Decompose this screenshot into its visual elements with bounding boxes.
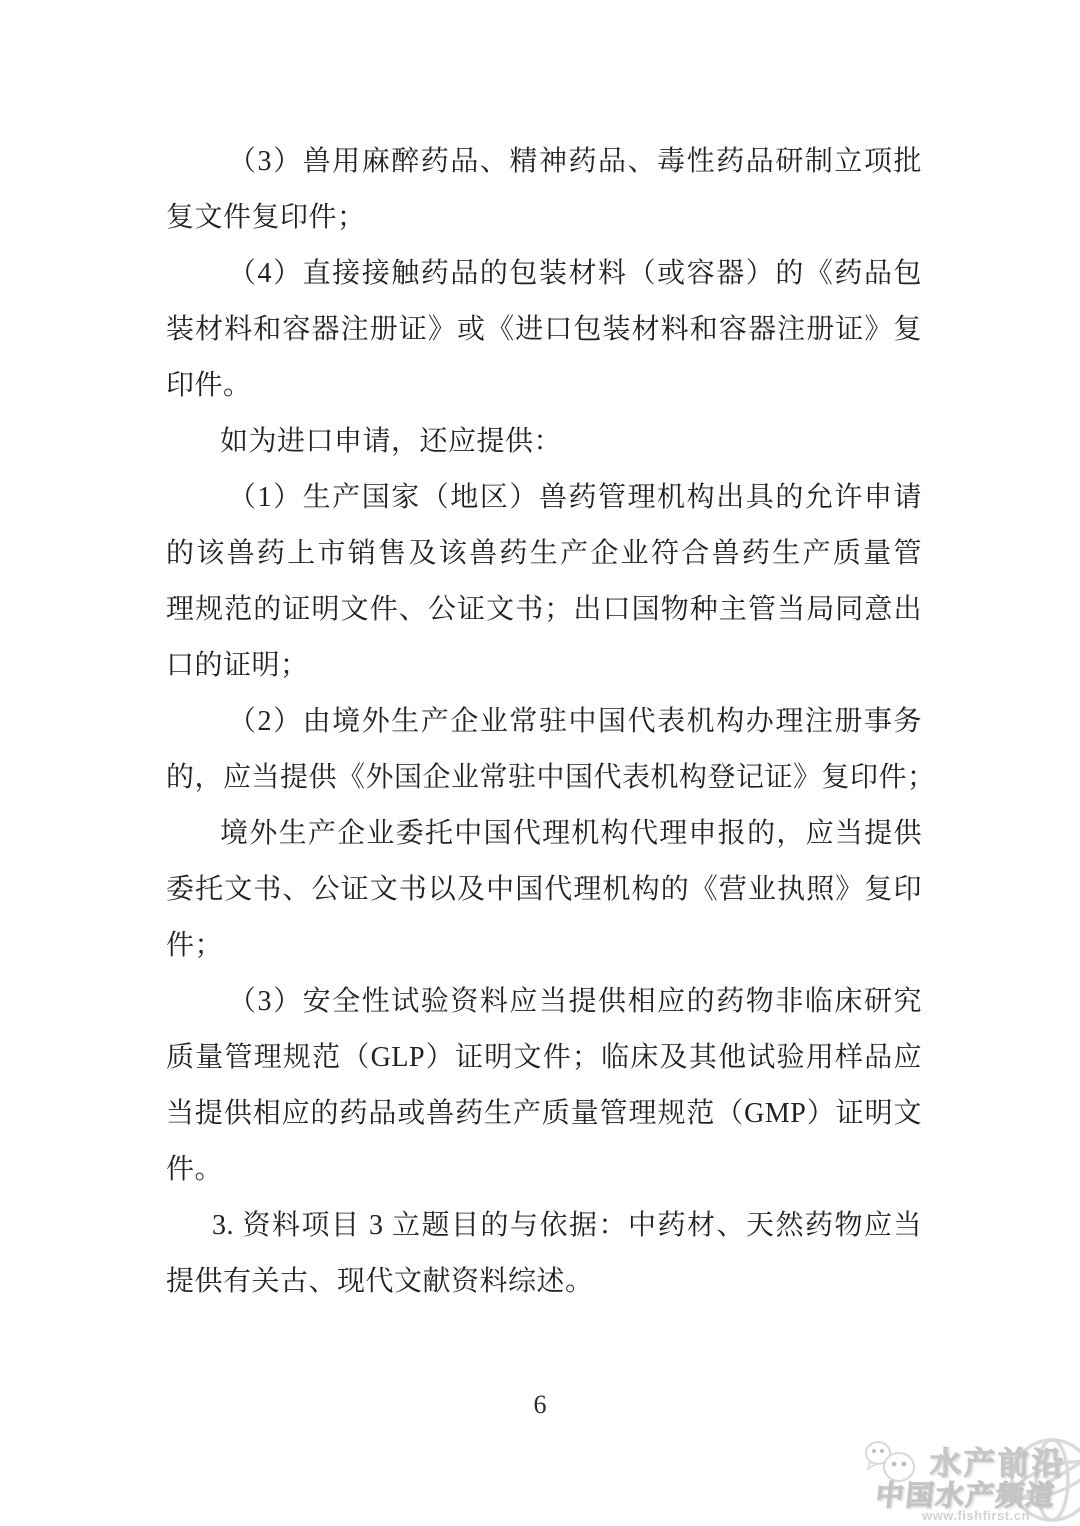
watermark-title: 水产前沿 — [930, 1438, 1066, 1483]
globe-icon — [1006, 1432, 1080, 1526]
text-line: 3. 资料项目 3 立题目的与依据：中药材、天然药物应当 — [166, 1198, 922, 1254]
text-line: 复文件复印件； — [166, 190, 922, 246]
text-line: 境外生产企业委托中国代理机构代理申报的，应当提供 — [166, 806, 922, 862]
text-line: 口的证明； — [166, 638, 922, 694]
text-line: （3）兽用麻醉药品、精神药品、毒性药品研制立项批 — [166, 134, 922, 190]
text-line: 装材料和容器注册证》或《进口包装材料和容器注册证》复 — [166, 302, 922, 358]
document-body: （3）兽用麻醉药品、精神药品、毒性药品研制立项批复文件复印件；（4）直接接触药品… — [166, 134, 922, 1310]
text-line: 的该兽药上市销售及该兽药生产企业符合兽药生产质量管 — [166, 526, 922, 582]
text-line: （2）由境外生产企业常驻中国代表机构办理注册事务 — [166, 694, 922, 750]
text-line: 如为进口申请，还应提供： — [166, 414, 922, 470]
text-line: 印件。 — [166, 358, 922, 414]
page-number: 6 — [0, 1390, 1080, 1420]
watermark-url: www.fishfirst.cn — [922, 1508, 1030, 1523]
text-line: （1）生产国家（地区）兽药管理机构出具的允许申请 — [166, 470, 922, 526]
watermark: 水产前沿 中国水产频道 www.fishfirst.cn — [858, 1432, 1080, 1526]
chat-bubble-icon — [862, 1438, 924, 1492]
text-line: 当提供相应的药品或兽药生产质量管理规范（GMP）证明文 — [166, 1086, 922, 1142]
text-line: 质量管理规范（GLP）证明文件；临床及其他试验用样品应 — [166, 1030, 922, 1086]
text-line: （3）安全性试验资料应当提供相应的药物非临床研究 — [166, 974, 922, 1030]
text-line: 委托文书、公证文书以及中国代理机构的《营业执照》复印 — [166, 862, 922, 918]
text-line: （4）直接接触药品的包装材料（或容器）的《药品包 — [166, 246, 922, 302]
text-line: 的，应当提供《外国企业常驻中国代表机构登记证》复印件； — [166, 750, 922, 806]
text-line: 件； — [166, 918, 922, 974]
text-line: 提供有关古、现代文献资料综述。 — [166, 1254, 922, 1310]
watermark-subtitle: 中国水产频道 — [874, 1474, 1058, 1514]
document-page: （3）兽用麻醉药品、精神药品、毒性药品研制立项批复文件复印件；（4）直接接触药品… — [0, 0, 1080, 1526]
text-line: 件。 — [166, 1142, 922, 1198]
text-line: 理规范的证明文件、公证文书；出口国物种主管当局同意出 — [166, 582, 922, 638]
